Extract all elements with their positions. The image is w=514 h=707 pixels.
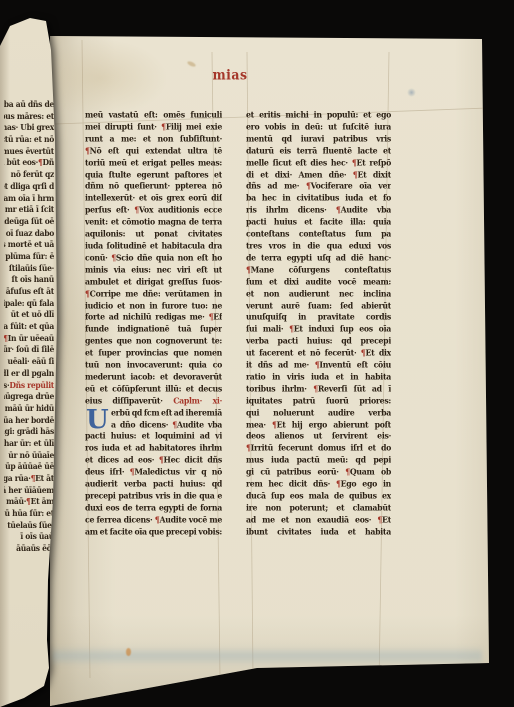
manuscript-text-line: āfuſus eſt āt	[4, 286, 54, 299]
manuscript-text-line: āūaūs ēōī	[4, 544, 54, 557]
drop-cap-initial: U	[86, 406, 108, 434]
manuscript-text-line: es· Dñs repūlit	[4, 380, 54, 393]
manuscript-photo: mias meū vastatū eſt: omēs funiculimei d…	[0, 0, 514, 707]
running-head: mias	[208, 66, 252, 83]
manuscript-text-line: am et facite oīa que precepi vobis:	[85, 526, 222, 539]
manuscript-text-line: plūma fūr: ē	[4, 251, 54, 264]
facing-page-text-fragments: ba aū dñs deit bus māres: etnas· Ubi gre…	[4, 100, 54, 556]
manuscript-text-line: ndeūga ſūt oē	[4, 216, 54, 229]
manuscript-text-line: āūgrega drūe	[4, 392, 54, 405]
blue-ink-dot	[407, 88, 416, 97]
manuscript-text-line: ī oīs ūaū	[4, 532, 54, 545]
manuscript-text-line: ūr nō ūūaīe	[4, 450, 54, 463]
manuscript-text-line: ba aū dñs de	[4, 99, 54, 112]
manuscript-text-line: aga rūa· ¶Et āt	[4, 473, 54, 486]
manuscript-text-line: lo māū· ¶Et ām	[4, 497, 54, 510]
manuscript-text-line: et non audierunt nec inclina	[246, 288, 391, 301]
manuscript-text-line: fam oīa ī hrm	[4, 193, 54, 206]
manuscript-text-line: ā her ūīāūem	[4, 485, 54, 498]
manuscript-text-line: āūgi: grādi hās	[4, 427, 54, 440]
manuscript-text-line: a fūit: et qūa	[4, 321, 54, 334]
manuscript-text-line: dl er dl pgaln	[4, 368, 54, 381]
manuscript-text-line: ſtilaūis ſūe·	[4, 263, 54, 276]
manuscript-text-line: ū hūa ſūr: et	[4, 508, 54, 521]
manuscript-text-line: ūp āūūaē ūē	[4, 462, 54, 475]
manuscript-text-line: ctū rūa: et nō	[4, 134, 54, 147]
manuscript-text-line: māū ūr hidū	[4, 403, 54, 416]
manuscript-text-line: tūelaūs ſūe·	[4, 520, 54, 533]
manuscript-text-line: ūr· ſoū dī ſilē	[4, 345, 54, 358]
manuscript-text-line: ¶Corripe me dñe: verūtamen in	[85, 288, 222, 301]
manuscript-text-line: nō ferūt qz	[4, 170, 54, 183]
manuscript-text-line: ipale: qū fala	[4, 298, 54, 311]
manuscript-text-line: nas· Ubi grex	[4, 123, 54, 136]
text-column-left: meū vastatū eſt: omēs funiculimei dirupt…	[85, 110, 222, 539]
text-column-right: et eritis michi in populū: et egoero vob…	[246, 110, 391, 539]
manuscript-text-line: et dliga qrſi d	[4, 181, 54, 194]
manuscript-text-line: ibunt civitates iuda et habita	[246, 526, 391, 539]
bluish-stain-band	[52, 646, 482, 666]
manuscript-text-line: o har ūr: et ūlī	[4, 438, 54, 451]
manuscript-text-line: melle ſicut eſt dies hec· ¶Et reſpō	[246, 157, 391, 170]
manuscript-text-line: mues ēvertūt	[4, 146, 54, 159]
manuscript-text-line: yūas mortē et uā	[4, 240, 54, 253]
manuscript-page: mias meū vastatū eſt: omēs funiculimei d…	[0, 0, 514, 707]
manuscript-text-line: mr etiā ī ſcit	[4, 205, 54, 218]
manuscript-text-line: qui noluerunt audire verba	[246, 407, 391, 420]
manuscript-text-line: it bus māres: et	[4, 111, 54, 124]
manuscript-text-line: ga būt eos· ¶Dñ	[4, 158, 54, 171]
manuscript-text-line: r· qūa her bordē	[4, 415, 54, 428]
manuscript-text-line: ſt oīs hanū	[4, 275, 54, 288]
manuscript-text-line: ¶In ūr uēeaū	[4, 333, 54, 346]
orange-fleck	[126, 648, 131, 656]
manuscript-text-line: ūt et uō dlī	[4, 310, 54, 323]
manuscript-text-line: uēali· eāū ſi	[4, 357, 54, 370]
manuscript-text-line: oī ſuaz dabo	[4, 228, 54, 241]
manuscript-text-line: toriū meū et erigat pelles meas:	[85, 157, 222, 170]
